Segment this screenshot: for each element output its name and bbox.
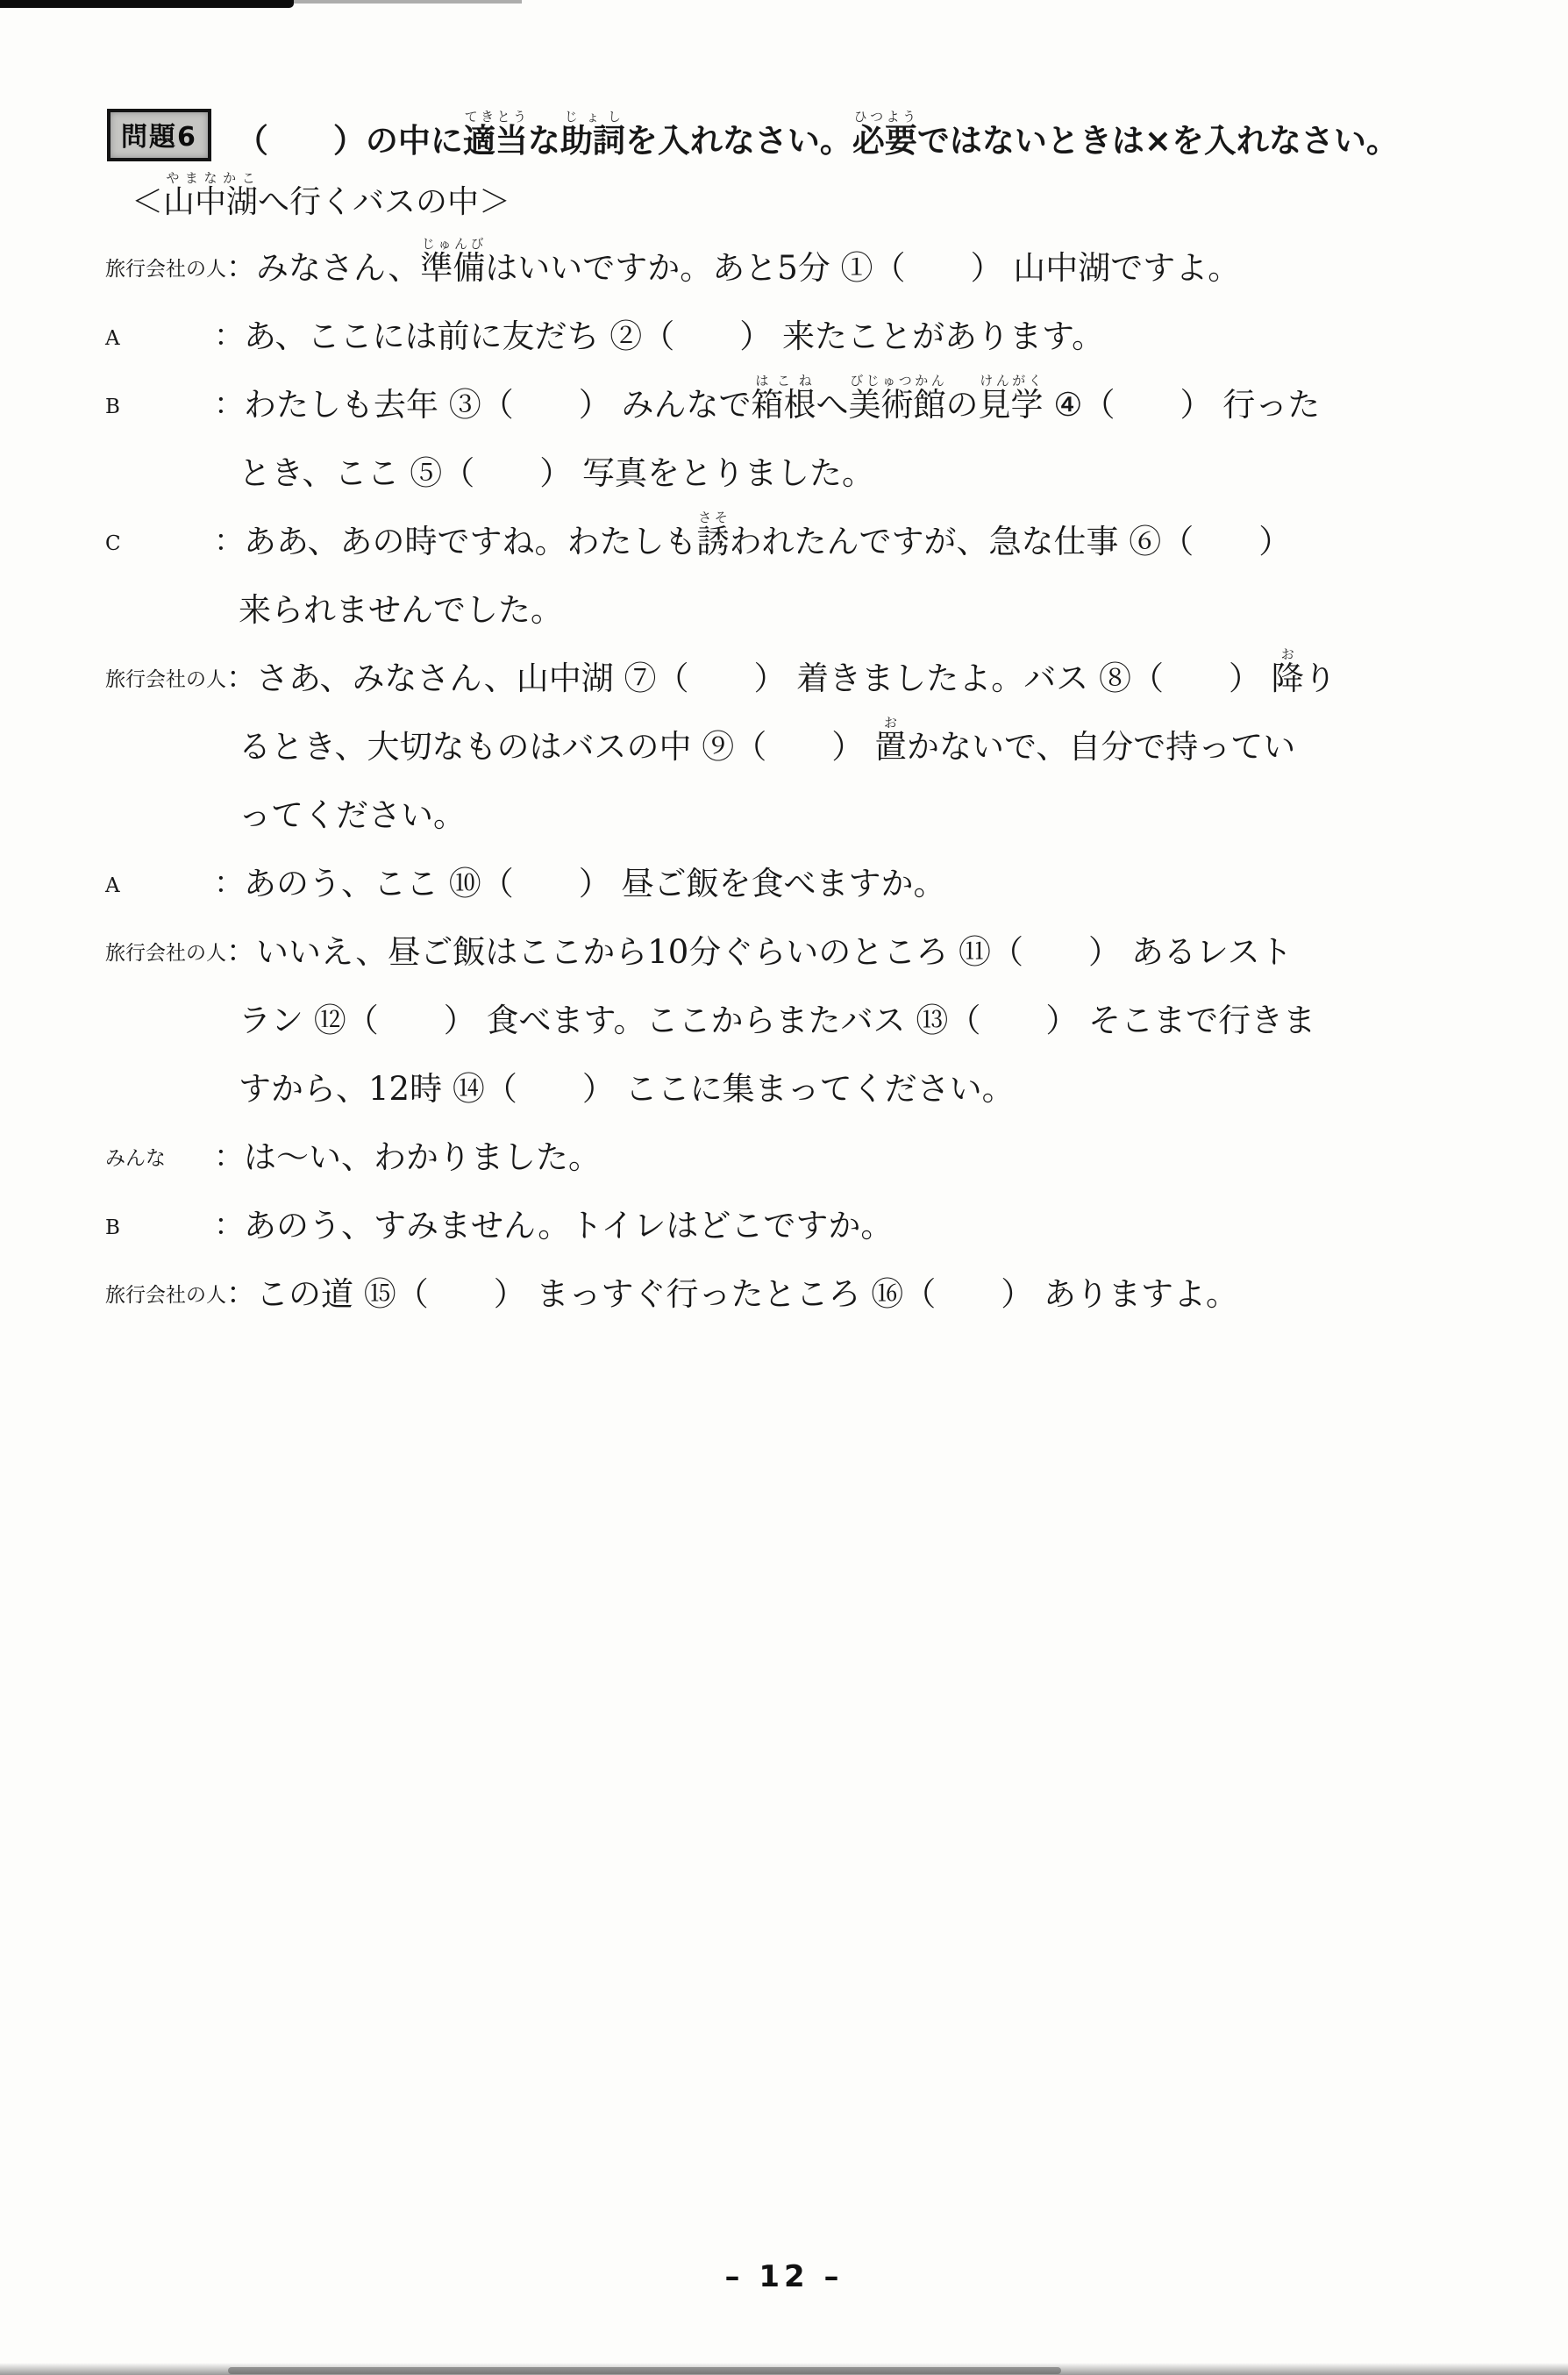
- dialogue-row: みんな ： は～い、わかりました。: [105, 1109, 1536, 1177]
- speaker-colon: [214, 833, 239, 835]
- scene-subtitle: ＜山中湖やまなかこへ行くバスの中＞: [132, 170, 510, 221]
- dialogue-row: C ： ああ、あの時ですね。わたしも誘さそわれたんですが、急な仕事 ⑥（ ）: [105, 493, 1536, 561]
- dialogue-text: ラン ⑫（ ） 食べます。ここからまたバス ⑬（ ） そこまで行きま: [239, 1002, 1315, 1040]
- speaker-colon: [214, 1038, 239, 1040]
- speaker-colon: ：: [226, 1269, 256, 1314]
- speaker-colon: ：: [214, 1201, 244, 1245]
- speaker-label: 旅行会社の人: [105, 937, 226, 972]
- dialogue: 旅行会社の人 ： みなさん、準備じゅんびはいいですか。あと5分 ①（ ） 山中湖…: [105, 219, 1536, 1314]
- dialogue-row: 旅行会社の人 ： いいえ、昼ご飯はここから10分ぐらいのところ ⑪（ ） あるレ…: [105, 903, 1536, 972]
- dialogue-text: すから、12時 ⑭（ ） ここに集まってください。: [239, 1071, 1015, 1109]
- speaker-label: [105, 624, 214, 630]
- speaker-colon: [214, 765, 239, 767]
- dialogue-row: るとき、大切なものはバスの中 ⑨（ ） 置おかないで、自分で持ってい: [105, 698, 1536, 767]
- problem-number-box: 問題6: [107, 109, 211, 161]
- instruction-text: （ ）の中に適当てきとうな助詞じょしを入れなさい。必要ひつようではないときは×を…: [236, 109, 1399, 160]
- scan-artifact-top-faint: [294, 0, 522, 4]
- dialogue-text: さあ、みなさん、山中湖 ⑦（ ） 着きましたよ。バス ⑧（ ） 降おり: [256, 646, 1336, 698]
- page-number: – 12 –: [0, 2259, 1568, 2294]
- exercise-header: 問題6 （ ）の中に適当てきとうな助詞じょしを入れなさい。必要ひつようではないと…: [107, 109, 1399, 161]
- speaker-colon: ：: [226, 653, 256, 698]
- dialogue-text: あのう、ここ ⑩（ ） 昼ご飯を食べますか。: [244, 866, 946, 903]
- scan-artifact-top: [0, 0, 294, 8]
- dialogue-text: ってください。: [239, 797, 466, 835]
- speaker-label: C: [105, 532, 214, 561]
- dialogue-text: ああ、あの時ですね。わたしも誘さそわれたんですが、急な仕事 ⑥（ ）: [244, 510, 1291, 561]
- speaker-colon: [214, 1107, 239, 1109]
- dialogue-row: 旅行会社の人 ： さあ、みなさん、山中湖 ⑦（ ） 着きましたよ。バス ⑧（ ）…: [105, 630, 1536, 698]
- dialogue-row: ってください。: [105, 767, 1536, 835]
- speaker-label: [105, 1102, 214, 1109]
- speaker-colon: [214, 491, 239, 493]
- speaker-colon: ：: [214, 517, 244, 561]
- speaker-label: A: [105, 327, 214, 356]
- dialogue-row: 来られませんでした。: [105, 561, 1536, 630]
- dialogue-text: みなさん、準備じゅんびはいいですか。あと5分 ①（ ） 山中湖ですよ。: [256, 236, 1240, 288]
- speaker-label: [105, 487, 214, 493]
- speaker-colon: ：: [214, 311, 244, 356]
- speaker-label: [105, 760, 214, 767]
- scan-artifact-bottom-dark: [228, 2367, 1061, 2374]
- speaker-label: [105, 829, 214, 835]
- dialogue-row: B ： わたしも去年 ③（ ） みんなで箱根はこねへ美術館びじゅつかんの見学けん…: [105, 356, 1536, 424]
- dialogue-row: 旅行会社の人 ： この道 ⑮（ ） まっすぐ行ったところ ⑯（ ） ありますよ。: [105, 1245, 1536, 1314]
- speaker-colon: ：: [226, 243, 256, 288]
- speaker-label: 旅行会社の人: [105, 253, 226, 288]
- dialogue-text: わたしも去年 ③（ ） みんなで箱根はこねへ美術館びじゅつかんの見学けんがく ④…: [244, 373, 1320, 424]
- speaker-colon: [214, 628, 239, 630]
- dialogue-text: あのう、すみません。トイレはどこですか。: [244, 1208, 893, 1245]
- worksheet-page: 問題6 （ ）の中に適当てきとうな助詞じょしを入れなさい。必要ひつようではないと…: [0, 0, 1568, 2375]
- dialogue-text: あ、ここには前に友だち ②（ ） 来たことがあります。: [244, 318, 1104, 356]
- dialogue-row: とき、ここ ⑤（ ） 写真をとりました。: [105, 424, 1536, 493]
- dialogue-text: るとき、大切なものはバスの中 ⑨（ ） 置おかないで、自分で持ってい: [239, 715, 1295, 767]
- dialogue-row: 旅行会社の人 ： みなさん、準備じゅんびはいいですか。あと5分 ①（ ） 山中湖…: [105, 219, 1536, 288]
- dialogue-row: A ： あのう、ここ ⑩（ ） 昼ご飯を食べますか。: [105, 835, 1536, 903]
- dialogue-row: すから、12時 ⑭（ ） ここに集まってください。: [105, 1040, 1536, 1109]
- speaker-label: B: [105, 1216, 214, 1245]
- speaker-colon: ：: [214, 380, 244, 424]
- dialogue-text: とき、ここ ⑤（ ） 写真をとりました。: [239, 455, 874, 493]
- dialogue-text: いいえ、昼ご飯はここから10分ぐらいのところ ⑪（ ） あるレスト: [256, 934, 1293, 972]
- dialogue-row: B ： あのう、すみません。トイレはどこですか。: [105, 1177, 1536, 1245]
- dialogue-row: ラン ⑫（ ） 食べます。ここからまたバス ⑬（ ） そこまで行きま: [105, 972, 1536, 1040]
- dialogue-text: は～い、わかりました。: [244, 1139, 601, 1177]
- speaker-label: A: [105, 874, 214, 903]
- speaker-colon: ：: [226, 927, 256, 972]
- speaker-colon: ：: [214, 859, 244, 903]
- speaker-label: みんな: [105, 1142, 214, 1177]
- speaker-label: B: [105, 396, 214, 424]
- dialogue-text: この道 ⑮（ ） まっすぐ行ったところ ⑯（ ） ありますよ。: [256, 1276, 1238, 1314]
- dialogue-row: A ： あ、ここには前に友だち ②（ ） 来たことがあります。: [105, 288, 1536, 356]
- speaker-label: [105, 1034, 214, 1040]
- speaker-colon: ：: [214, 1132, 244, 1177]
- dialogue-text: 来られませんでした。: [239, 592, 563, 630]
- speaker-label: 旅行会社の人: [105, 663, 226, 698]
- speaker-label: 旅行会社の人: [105, 1279, 226, 1314]
